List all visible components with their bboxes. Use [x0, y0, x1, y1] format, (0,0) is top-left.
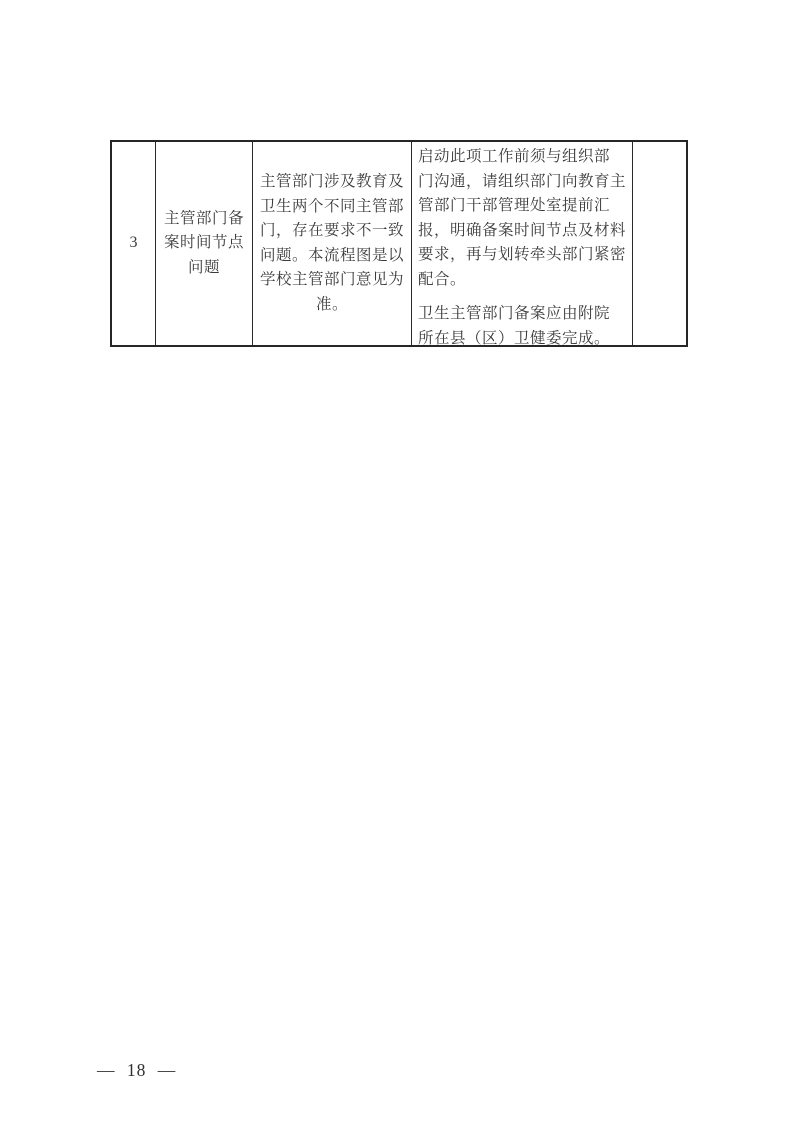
measures-paragraph-2: 卫生主管部门备案应由附院 所在县（区）卫健委完成。: [418, 302, 627, 345]
issue-title-text: 主管部门备 案时间节点 问题: [164, 207, 244, 281]
issues-table: 3 主管部门备 案时间节点 问题 主管部门涉及教育及 卫生两个不同主管部 门，存…: [110, 140, 688, 347]
document-page: 3 主管部门备 案时间节点 问题 主管部门涉及教育及 卫生两个不同主管部 门，存…: [0, 0, 794, 1123]
measures-paragraph-1: 启动此项工作前须与组织部 门沟通，请组织部门向教育主 管部门干部管理处室提前汇 …: [418, 145, 627, 292]
table-cell-issue-title: 主管部门备 案时间节点 问题: [156, 142, 252, 345]
table-cell-measures: 启动此项工作前须与组织部 门沟通，请组织部门向教育主 管部门干部管理处室提前汇 …: [412, 142, 632, 345]
table-cell-remark-empty: [633, 142, 686, 345]
issue-analysis-text: 主管部门涉及教育及 卫生两个不同主管部 门，存在要求不一致 问题。本流程图是以 …: [260, 170, 404, 317]
row-number: 3: [130, 231, 138, 256]
table-cell-row-number: 3: [112, 142, 155, 345]
table-cell-issue-analysis: 主管部门涉及教育及 卫生两个不同主管部 门，存在要求不一致 问题。本流程图是以 …: [253, 142, 411, 345]
page-number: — 18 —: [97, 1060, 176, 1081]
